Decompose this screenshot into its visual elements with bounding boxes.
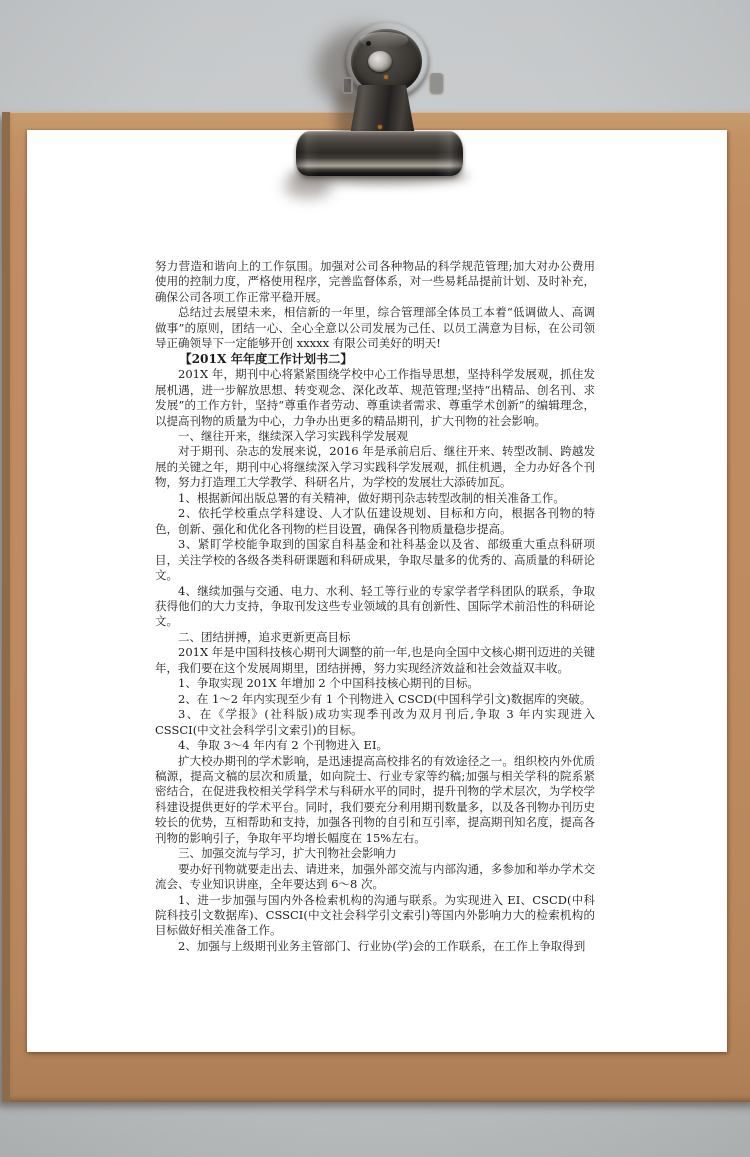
paragraph: 扩大校办期刊的学术影响，是迅速提高高校排名的有效途径之一。组织校内外优质稿源，提… xyxy=(155,754,595,847)
clip-reflection-dot xyxy=(384,75,388,79)
clip-clamp-bar xyxy=(296,131,463,176)
paragraph: 三、加强交流与学习，扩大刊物社会影响力 xyxy=(155,846,595,861)
paragraph: 努力营造和谐向上的工作氛围。加强对公司各种物品的科学规范管理;加大对办公费用使用… xyxy=(155,259,595,305)
clip-knob-hole xyxy=(368,51,392,72)
binder-clip xyxy=(280,20,475,205)
paragraph: 要办好刊物就要走出去、请进来，加强外部交流与内部沟通，多参加和举办学术交流会、专… xyxy=(155,862,595,893)
paragraph: 二、团结拼搏，追求更新更高目标 xyxy=(155,630,595,645)
paragraph: 3、紧盯学校能争取到的国家自科基金和社科基金以及省、部级重大重点科研项目，关注学… xyxy=(155,537,595,583)
paragraph: 1、根据新闻出版总署的有关精神，做好期刊杂志转型改制的相关准备工作。 xyxy=(155,491,595,506)
paragraph: 1、进一步加强与国内外各检索机构的沟通与联系。为实现进入 EI、CSCD(中科院… xyxy=(155,893,595,939)
clip-rivet xyxy=(366,41,371,46)
clip-right-latch xyxy=(430,73,443,93)
paragraph: 4、争取 3～4 年内有 2 个刊物进入 EI。 xyxy=(155,738,595,753)
paragraph: 总结过去展望未来，相信新的一年里，综合管理部全体员工本着“低调做人、高调做事”的… xyxy=(155,305,595,351)
paragraph: 1、争取实现 201X 年增加 2 个中国科技核心期刊的目标。 xyxy=(155,676,595,691)
paragraph: 2、在 1～2 年内实现至少有 1 个刊物进入 CSCD(中国科学引文)数据库的… xyxy=(155,692,595,707)
clip-neck xyxy=(350,85,415,135)
paragraph: 201X 年是中国科技核心期刊大调整的前一年,也是向全国中文核心期刊迈进的关键年… xyxy=(155,645,595,676)
clip-neck-reflection-dot xyxy=(378,125,382,129)
document-text: 努力营造和谐向上的工作氛围。加强对公司各种物品的科学规范管理;加大对办公费用使用… xyxy=(155,259,595,954)
paragraph: 3、在《学报》(社科版)成功实现季刊改为双月刊后,争取 3 年内实现进入 CSS… xyxy=(155,707,595,738)
paragraph: 2、依托学校重点学科建设、人才队伍建设规划、目标和方向，根据各刊物的特色，创新、… xyxy=(155,506,595,537)
paper-sheet: 努力营造和谐向上的工作氛围。加强对公司各种物品的科学规范管理;加大对办公费用使用… xyxy=(27,130,727,1052)
paragraph: 一、继往开来，继续深入学习实践科学发展观 xyxy=(155,429,595,444)
document-title: 【201X 年年度工作计划书二】 xyxy=(155,352,595,367)
paragraph: 2、加强与上级期刊业务主管部门、行业协(学)会的工作联系，在工作上争取得到 xyxy=(155,939,595,954)
clip-bar-shadow-left xyxy=(284,174,332,198)
paragraph: 对于期刊、杂志的发展来说，2016 年是承前启后、继往开来、转型改制、跨越发展的… xyxy=(155,444,595,490)
clip-left-latch xyxy=(342,77,353,94)
scene: 努力营造和谐向上的工作氛围。加强对公司各种物品的科学规范管理;加大对办公费用使用… xyxy=(0,0,750,1157)
paragraph: 201X 年，期刊中心将紧紧围绕学校中心工作指导思想，坚持科学发展观，抓住发展机… xyxy=(155,367,595,429)
paragraph: 4、继续加强与交通、电力、水利、轻工等行业的专家学者学科团队的联系，争取获得他们… xyxy=(155,584,595,630)
